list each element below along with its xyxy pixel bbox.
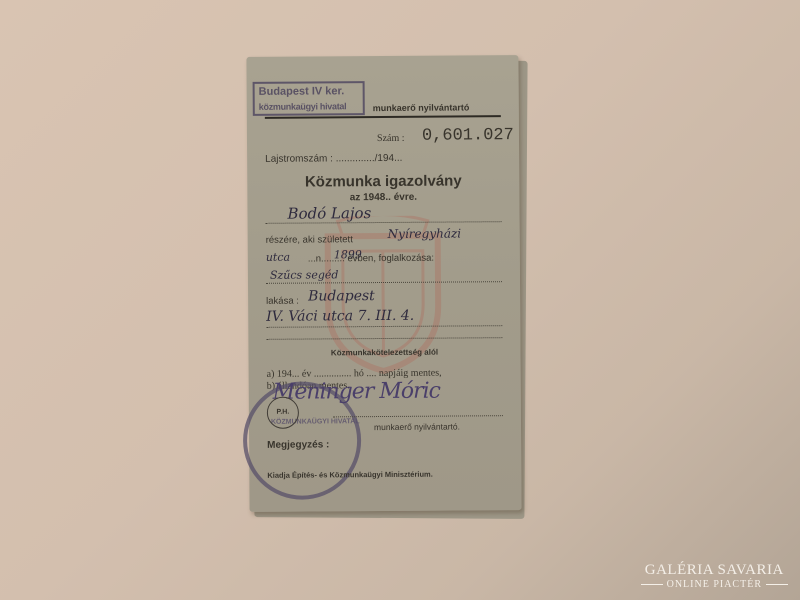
stamp-line-2: közmunkaügyi hivatal (259, 99, 359, 115)
born-year-line: ...n......... évben, foglalkozása: (308, 253, 434, 265)
registrar-label: munkaerő nyilvántartó (373, 102, 470, 113)
born-year: 1899 (334, 248, 362, 261)
notes-label: Megjegyzés : (267, 439, 329, 450)
register-number: Lajstromszám : ............../194... (265, 153, 402, 165)
occupation: Szűcs segéd (270, 268, 339, 281)
exemption-heading: Közmunkakötelezettség alól (248, 347, 520, 358)
address-city: Budapest (308, 288, 375, 304)
header-divider (265, 115, 501, 119)
born-label: részére, aki született (266, 234, 353, 246)
born-place: Nyíregyházi (388, 226, 462, 241)
stamp-line-1: Budapest IV ker. (259, 84, 359, 100)
watermark-title: GALÉRIA SAVARIA (641, 562, 788, 579)
holder-name: Bodó Lajos (287, 204, 371, 223)
year-line: az 1948.. évre. (247, 191, 519, 204)
number-value: 0,601.027 (422, 126, 514, 146)
seal-placeholder: P.H. (267, 397, 299, 429)
signature: Meninger Móric (273, 379, 440, 405)
watermark-subtitle: ONLINE PIACTÉR (641, 579, 788, 590)
district-office-stamp: Budapest IV ker. közmunkaügyi hivatal (253, 81, 365, 116)
address-street: IV. Váci utca 7. III. 4. (266, 308, 414, 325)
document-title: Közmunka igazolvány (247, 172, 519, 191)
address-label: lakása : (266, 296, 299, 307)
work-certificate-card: Budapest IV ker. közmunkaügyi hivatal mu… (246, 55, 521, 512)
number-label: Szám : (377, 133, 405, 144)
born-street-prefix: utca (266, 251, 290, 264)
signature-line (333, 415, 503, 417)
signature-caption: munkaerő nyilvántartó. (374, 421, 460, 432)
publisher-line: Kiadja Építés- és Közmunkaügyi Minisztér… (267, 470, 433, 480)
galeria-savaria-watermark: GALÉRIA SAVARIA ONLINE PIACTÉR (641, 562, 788, 590)
